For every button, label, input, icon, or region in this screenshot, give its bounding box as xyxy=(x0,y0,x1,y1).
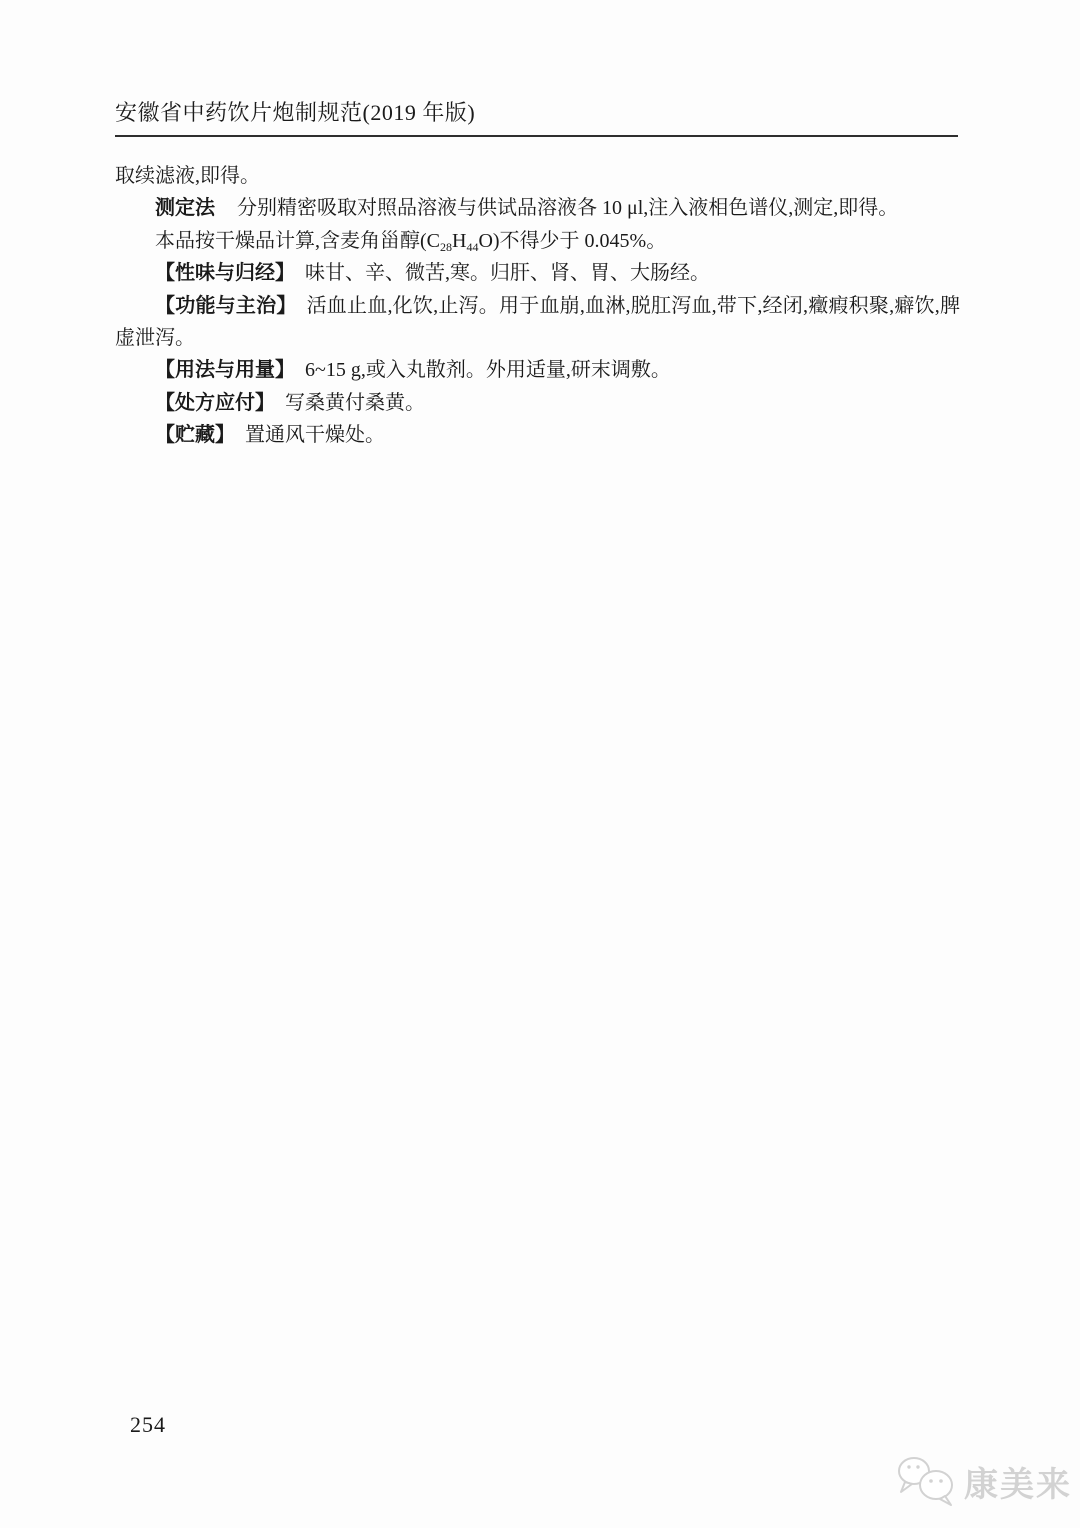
scanned-document-page: { "page": { "header_title": "安徽省中药饮片炮制规范… xyxy=(0,0,1080,1528)
filtrate-text: 取续滤液,即得。 xyxy=(115,165,260,187)
watermark-text: 康美来 xyxy=(964,1457,1072,1506)
section-text: 味甘、辛、微苦,寒。归肝、肾、胃、大肠经。 xyxy=(305,262,710,284)
limit-text-part1: 本品按干燥品计算,含麦角甾醇(C xyxy=(155,230,440,252)
section-label: 【功能与主治】 xyxy=(155,295,297,317)
section-storage: 【贮藏】置通风干燥处。 xyxy=(115,419,960,451)
section-function-indication: 【功能与主治】活血止血,化饮,止泻。用于血崩,血淋,脱肛泻血,带下,经闭,癥瘕积… xyxy=(115,290,960,355)
section-text: 6~15 g,或入丸散剂。外用适量,研末调敷。 xyxy=(305,359,671,381)
paragraph-assay-method: 测定法分别精密吸取对照品溶液与供试品溶液各 10 μl,注入液相色谱仪,测定,即… xyxy=(115,192,960,224)
formula-subscript: 28 xyxy=(440,240,452,254)
section-text: 置通风干燥处。 xyxy=(245,424,385,446)
section-property-meridian: 【性味与归经】味甘、辛、微苦,寒。归肝、肾、胃、大肠经。 xyxy=(115,257,960,289)
assay-method-label: 测定法 xyxy=(155,197,215,219)
chat-bubbles-icon xyxy=(894,1454,960,1508)
watermark: 康美来 xyxy=(894,1454,1072,1508)
section-label: 【处方应付】 xyxy=(155,392,275,414)
document-title: 安徽省中药饮片炮制规范(2019 年版) xyxy=(115,100,958,126)
limit-text-part2: H xyxy=(452,230,466,252)
page-header: 安徽省中药饮片炮制规范(2019 年版) xyxy=(115,100,958,137)
page-content: 取续滤液,即得。 测定法分别精密吸取对照品溶液与供试品溶液各 10 μl,注入液… xyxy=(115,160,960,452)
page-number: 254 xyxy=(130,1412,166,1438)
assay-method-text: 分别精密吸取对照品溶液与供试品溶液各 10 μl,注入液相色谱仪,测定,即得。 xyxy=(237,197,898,219)
section-usage-dosage: 【用法与用量】6~15 g,或入丸散剂。外用适量,研末调敷。 xyxy=(115,354,960,386)
section-prescription-dispensing: 【处方应付】写桑黄付桑黄。 xyxy=(115,387,960,419)
section-label: 【性味与归经】 xyxy=(155,262,295,284)
paragraph-filtrate-continuation: 取续滤液,即得。 xyxy=(115,160,960,192)
section-label: 【用法与用量】 xyxy=(155,359,295,381)
paragraph-content-limit: 本品按干燥品计算,含麦角甾醇(C28H44O)不得少于 0.045%。 xyxy=(115,225,960,257)
section-text: 写桑黄付桑黄。 xyxy=(285,392,425,414)
header-rule xyxy=(115,135,958,137)
formula-subscript: 44 xyxy=(466,240,478,254)
section-label: 【贮藏】 xyxy=(155,424,235,446)
limit-text-part3: O)不得少于 0.045%。 xyxy=(478,230,666,252)
